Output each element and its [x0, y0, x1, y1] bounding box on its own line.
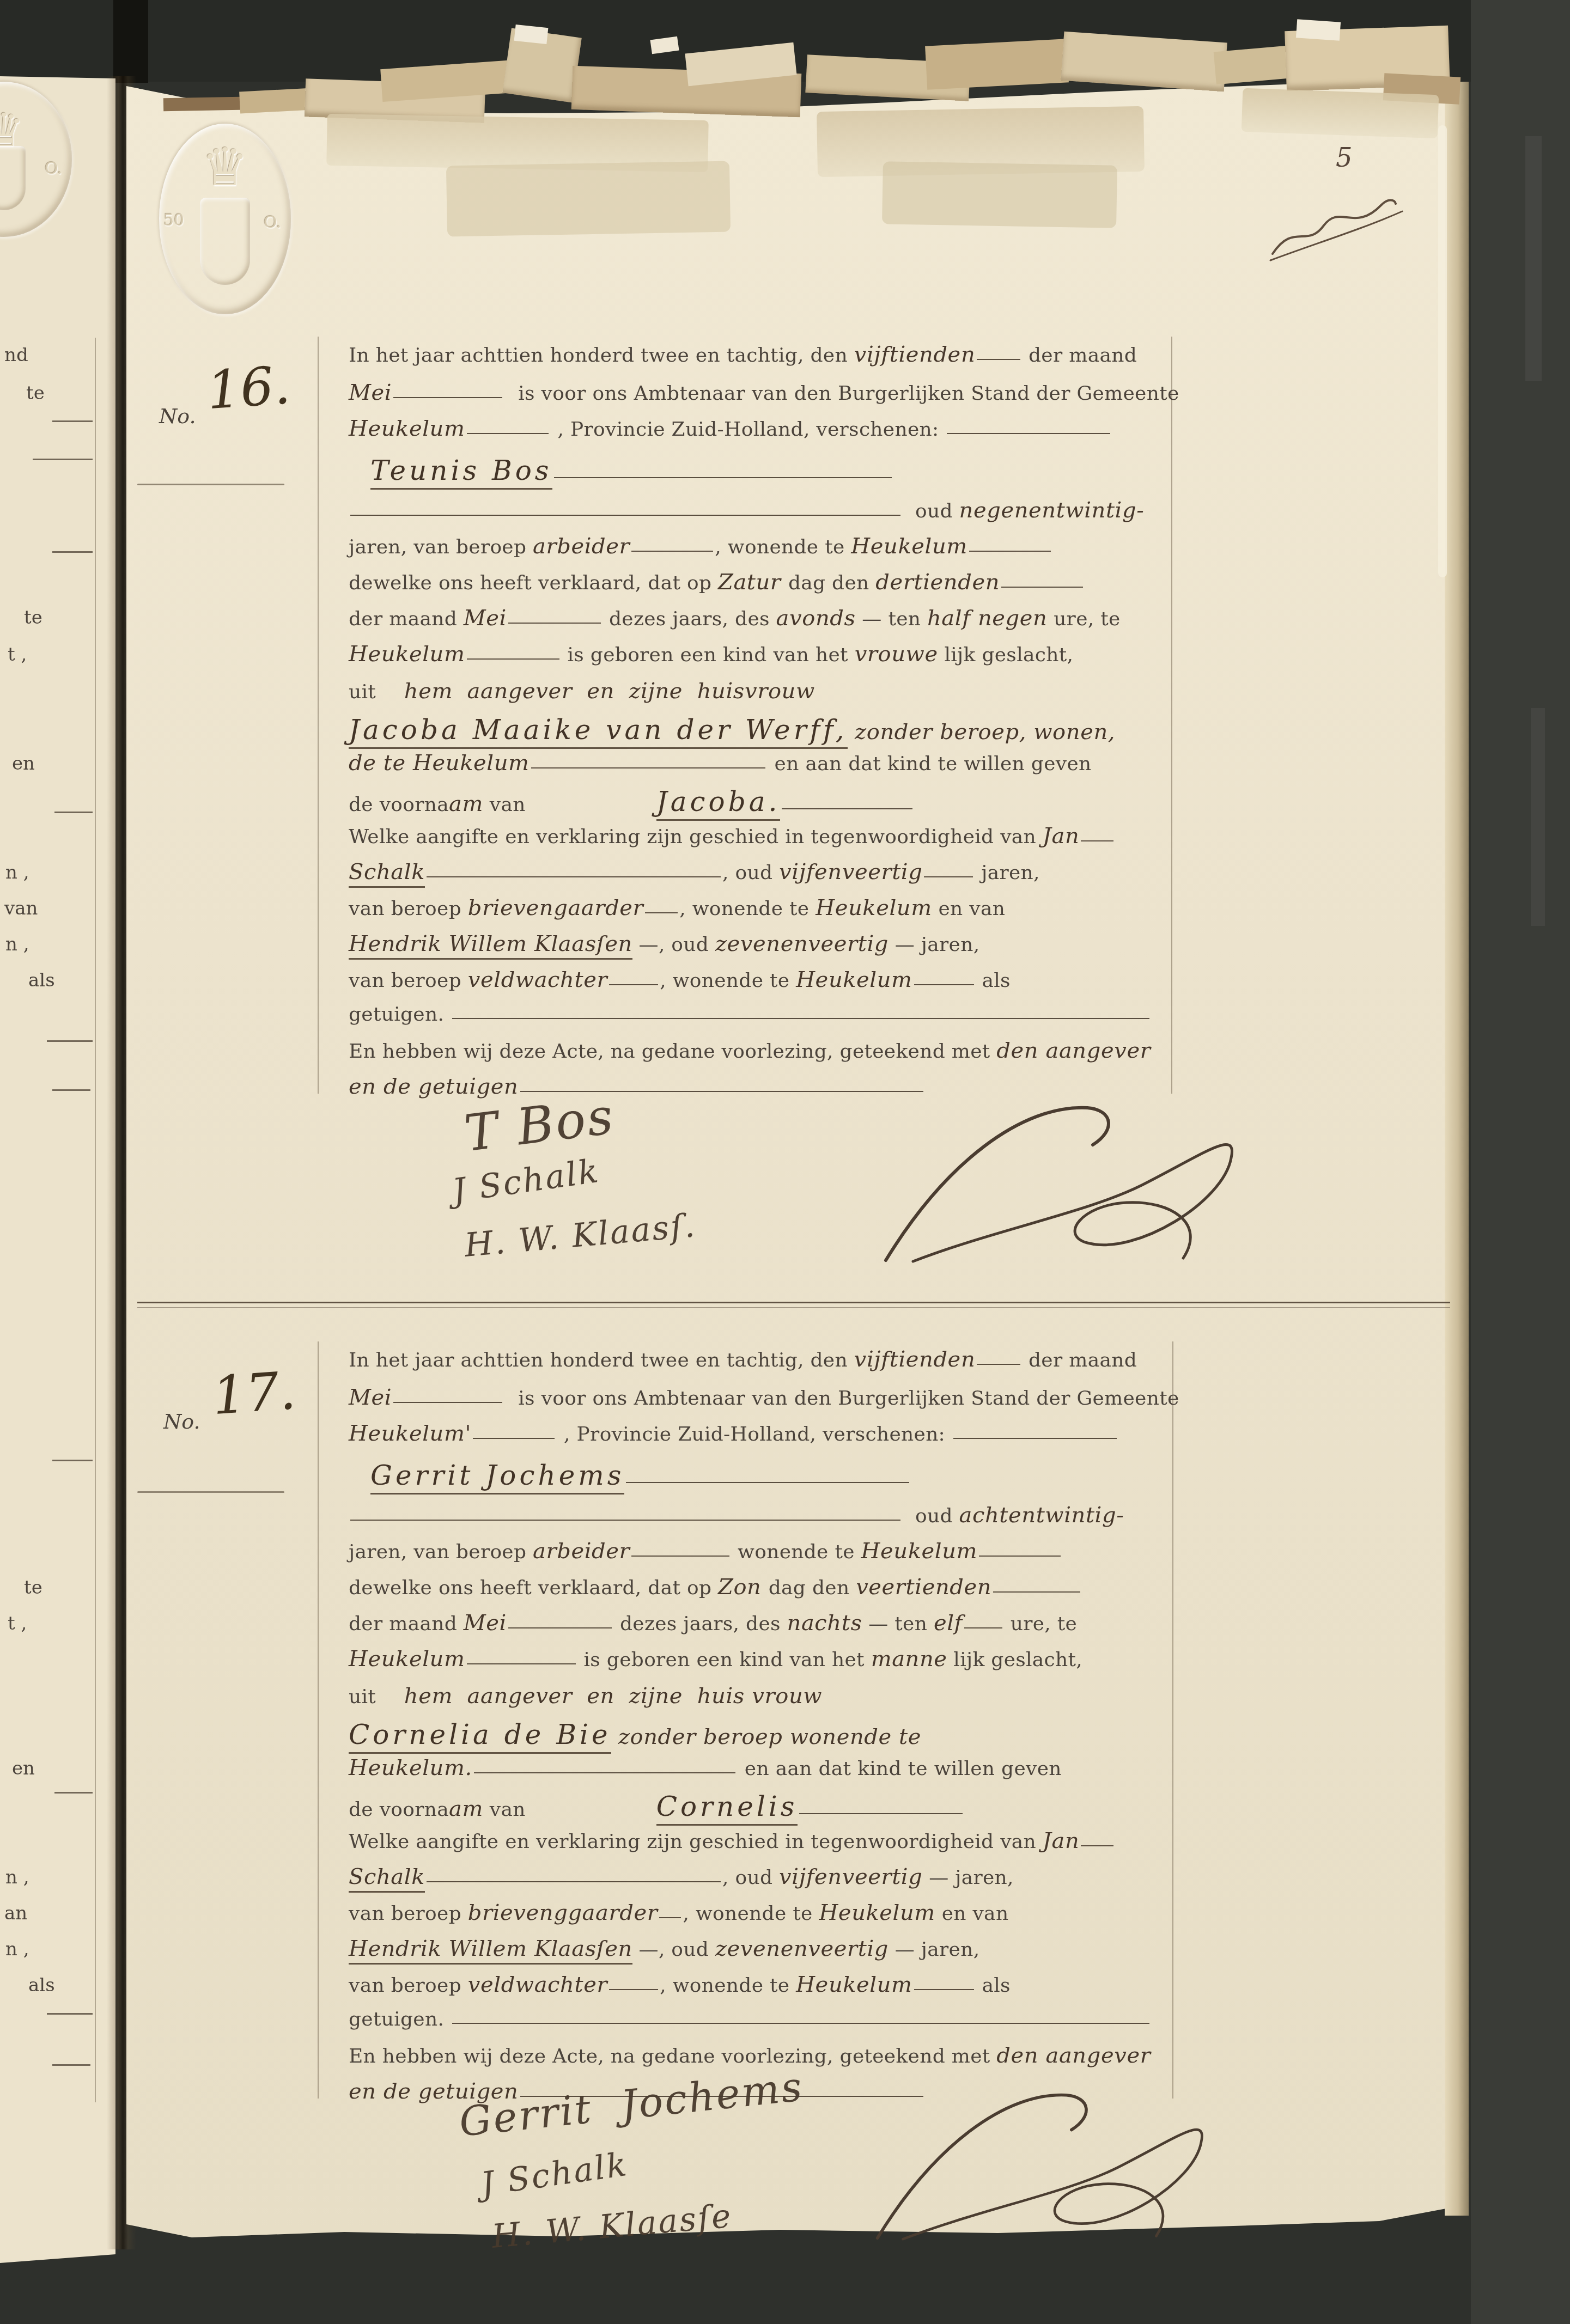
printed-text: , oud	[722, 1866, 779, 1889]
printed-text: der maand	[349, 608, 464, 630]
handwritten-text: Heukelum.	[349, 1755, 472, 1780]
printed-text: , wonende te	[679, 898, 816, 920]
left-page-text-fragment: n ,	[5, 934, 29, 955]
handwritten-text: vijftienden	[854, 1347, 976, 1372]
left-page-text-fragment: n ,	[5, 862, 29, 883]
act16-line-17: Hendrik Willem Klaasſen —, oud zevenenve…	[349, 932, 979, 955]
handwritten-text: veldwachter	[468, 967, 607, 992]
fill-rule	[350, 512, 900, 516]
act16-line-13: de voornaam vanJacoba.	[349, 788, 914, 816]
printed-text: van	[483, 1798, 526, 1821]
fill-rule	[659, 1914, 681, 1918]
handwritten-text: hem aangever en zijne huis vrouw	[404, 1683, 822, 1709]
act16-line-10: uit hem aangever en zijne huisvrouw	[349, 680, 815, 703]
act17-line-14: Welke aangifte en verklaring zijn geschi…	[349, 1829, 1115, 1852]
handwritten-text: Teunis Bos	[370, 455, 552, 490]
seal-denomination: O.	[45, 159, 62, 178]
left-page-text-fragment: an	[4, 1902, 27, 1924]
fill-rule	[393, 394, 502, 398]
handwritten-text: Schalk	[349, 859, 425, 888]
coat-of-arms-shield	[200, 198, 250, 285]
act16-line-12: de te Heukelumen aan dat kind te willen …	[349, 752, 1091, 774]
act17-line-10: uit hem aangever en zijne huis vrouw	[349, 1685, 822, 1707]
printed-text: jaren, van beroep	[349, 1541, 533, 1563]
handwritten-text: zevenenveertig	[715, 931, 889, 956]
coat-of-arms-shield	[0, 146, 26, 210]
handwritten-text: zonder beroep, wonen,	[848, 719, 1115, 745]
printed-text: Welke aangifte en verklaring zijn geschi…	[349, 826, 1043, 848]
fill-rule	[531, 765, 765, 768]
act17-line-19: getuigen.	[349, 2009, 1151, 2030]
printed-text: —, oud	[632, 934, 715, 956]
act16-line-14: Welke aangifte en verklaring zijn geschi…	[349, 825, 1115, 847]
printed-text: En hebben wij deze Acte, na gedane voorl…	[349, 1040, 996, 1063]
handwritten-text: arbeider	[533, 1539, 630, 1564]
act17-line-16: van beroep brievenggaarder, wonende te H…	[349, 1901, 1008, 1924]
fill-rule	[979, 1553, 1061, 1557]
act17-line-2: Meiis voor ons Ambtenaar van den Burgerl…	[349, 1386, 1179, 1409]
printed-text: de voorna	[349, 1798, 449, 1821]
printed-text: , wonende te	[660, 1974, 796, 1997]
fill-rule	[953, 1435, 1117, 1439]
page-fore-edge	[1445, 82, 1469, 2216]
left-page-text-fragment: n ,	[5, 1938, 29, 1960]
act16-line-7: dewelke ons heeft verklaard, dat op Zatu…	[349, 571, 1085, 594]
torn-paper-fragment	[925, 39, 1069, 89]
fill-rule	[1081, 1843, 1113, 1846]
torn-paper-fragment	[1296, 19, 1341, 40]
printed-text: uit	[349, 1686, 382, 1708]
act17-line-6: jaren, van beroep arbeider wonende te He…	[349, 1540, 1062, 1563]
handwritten-text: Heukelum	[349, 1646, 465, 1672]
left-page-text-fragment: van	[4, 898, 38, 919]
handwritten-text: am	[449, 791, 483, 816]
printed-text: dezes jaars, des	[620, 1613, 787, 1635]
handwritten-text: vrouwe	[855, 642, 938, 667]
printed-text: — ten	[856, 608, 927, 630]
handwritten-text: Jacoba.	[656, 786, 781, 821]
act16-line-5: oud negenentwintig-	[349, 499, 1144, 522]
left-page-rule-fragment	[54, 1792, 93, 1794]
handwritten-text: negenentwintig-	[959, 498, 1145, 523]
printed-text: is voor ons Ambtenaar van den Burgerlijk…	[518, 1387, 1179, 1410]
page-edge-highlight	[1438, 125, 1447, 577]
handwritten-text: Heukelum	[796, 967, 912, 992]
printed-text: ure, te	[1004, 1613, 1077, 1635]
printed-text: , wonende te	[715, 536, 851, 558]
fill-rule	[993, 1589, 1080, 1593]
printed-text: der maand	[1022, 344, 1137, 367]
folded-paper-flap	[446, 161, 731, 236]
background-right	[1471, 0, 1570, 2324]
handwritten-text: Mei	[464, 1611, 507, 1636]
right-margin-rule-act17	[1172, 1341, 1173, 2099]
act16-line-8: der maand Meidezes jaars, des avonds — t…	[349, 607, 1121, 630]
printed-text: de voorna	[349, 794, 449, 816]
printed-text: dewelke ons heeft verklaard, dat op	[349, 1577, 718, 1599]
act16-line-21: en de getuigen	[349, 1075, 925, 1098]
printed-text: lijk geslacht,	[947, 1649, 1082, 1671]
printed-text: oud	[915, 1505, 959, 1527]
printed-text: getuigen.	[349, 2008, 451, 2030]
printed-text: — jaren,	[889, 934, 979, 956]
handwritten-text: Heukelum	[861, 1539, 978, 1564]
act17-line-17: Hendrik Willem Klaasſen —, oud zevenenve…	[349, 1937, 979, 1960]
handwritten-text: manne	[871, 1646, 947, 1672]
printed-text: —, oud	[632, 1938, 715, 1961]
gutter-shadow-top	[113, 0, 148, 83]
left-page-text-fragment: als	[28, 969, 55, 991]
fill-rule	[645, 910, 678, 913]
handwritten-text: Mei	[349, 380, 392, 405]
left-margin-rule-act16	[318, 337, 319, 1094]
fill-rule	[977, 356, 1020, 360]
handwritten-text: Heukelum	[851, 534, 967, 559]
printed-text: dag den	[769, 1577, 856, 1599]
printed-text: , wonende te	[683, 1902, 819, 1925]
fill-rule	[508, 1625, 612, 1628]
printed-text: en aan dat kind te willen geven	[745, 1758, 1062, 1780]
embossed-seal-left: ♛ O.	[0, 82, 72, 237]
act17-line-8: der maand Meidezes jaars, des nachts — t…	[349, 1612, 1077, 1634]
left-page-text-fragment: en	[12, 753, 35, 774]
printed-text: In het jaar achttien honderd twee en tac…	[349, 344, 854, 367]
act17-no-label: No.	[163, 1410, 200, 1434]
paraph-mark: paraaf ambtenaar	[1265, 190, 1407, 271]
printed-text: — jaren,	[889, 1938, 979, 1961]
fill-rule	[508, 620, 601, 624]
printed-text: — jaren,	[922, 1866, 1013, 1889]
fill-rule	[914, 981, 974, 985]
act16-line-9: Heukelumis geboren een kind van het vrou…	[349, 643, 1073, 666]
left-page-text-fragment: t ,	[8, 644, 27, 666]
act16-line-19: getuigen.	[349, 1004, 1151, 1025]
act16-line-18: van beroep veldwachter, wonende te Heuke…	[349, 968, 1011, 991]
printed-text: van beroep	[349, 1902, 468, 1925]
handwritten-text: arbeider	[533, 534, 630, 559]
embossed-seal: ♛ 50 O.	[159, 124, 291, 314]
handwritten-text: zevenenveertig	[715, 1936, 889, 1961]
crown-icon: ♛	[202, 137, 248, 198]
scanned-register-page: ♛ O. ndtetet ,enn ,vann ,alstet ,enn ,an…	[0, 0, 1570, 2324]
act17-line-4: Gerrit Jochems	[349, 1461, 911, 1490]
printed-text: van beroep	[349, 1974, 468, 1997]
act17-line-13: de voornaam vanCornelis	[349, 1792, 964, 1821]
fill-rule	[350, 1517, 900, 1521]
act16-line-2: Meiis voor ons Ambtenaar van den Burgerl…	[349, 381, 1179, 404]
handwritten-text: zonder beroep wonende te	[611, 1724, 921, 1749]
printed-text: In het jaar achttien honderd twee en tac…	[349, 1349, 854, 1371]
handwritten-text: veldwachter	[468, 1972, 607, 1997]
fill-rule	[467, 656, 559, 660]
handwritten-text: den aangever	[996, 2043, 1151, 2068]
printed-text: — ten	[862, 1613, 934, 1635]
handwritten-text: de te Heukelum	[349, 751, 530, 776]
fill-rule	[977, 1361, 1020, 1365]
printed-text: dag den	[788, 572, 875, 594]
printed-text: is geboren een kind van het	[568, 644, 855, 666]
fill-rule	[924, 874, 973, 877]
left-page-margin-rule	[95, 338, 96, 2102]
handwritten-text: Jan	[1043, 1828, 1079, 1853]
act16-line-3: Heukelum, Provincie Zuid-Holland, versch…	[349, 417, 1112, 440]
act16-line-16: van beroep brievengaarder, wonende te He…	[349, 896, 1005, 919]
torn-paper-fragment	[514, 25, 549, 44]
printed-text: dezes jaars, des	[609, 608, 776, 630]
handwritten-text: elf	[934, 1611, 963, 1636]
registrar-signature	[853, 1097, 1278, 1271]
handwritten-text: vijftienden	[854, 342, 976, 367]
act17-line-18: van beroep veldwachter, wonende te Heuke…	[349, 1973, 1011, 1996]
printed-text: dewelke ons heeft verklaard, dat op	[349, 572, 718, 594]
act16-number-underline	[137, 484, 284, 485]
fill-rule	[1081, 838, 1113, 841]
handwritten-text: veertienden	[856, 1575, 991, 1600]
fill-rule	[799, 1810, 963, 1814]
left-page-text-fragment: te	[24, 607, 42, 629]
handwritten-text: hem aangever en zijne huisvrouw	[404, 679, 815, 704]
handwritten-text: achtentwintig-	[959, 1503, 1124, 1528]
printed-text: is voor ons Ambtenaar van den Burgerlijk…	[518, 382, 1179, 405]
fill-rule	[609, 981, 658, 985]
act17-number-underline	[137, 1491, 284, 1493]
left-page-text-fragment: n ,	[5, 1866, 29, 1888]
folded-paper-flap	[1242, 88, 1439, 139]
act17-line-7: dewelke ons heeft verklaard, dat op Zon …	[349, 1576, 1082, 1599]
left-page-text-fragment: te	[24, 1577, 42, 1599]
left-page-text-fragment: te	[26, 382, 45, 404]
left-page-text-fragment: en	[12, 1758, 35, 1779]
act16-line-20: En hebben wij deze Acte, na gedane voorl…	[349, 1039, 1151, 1062]
left-page-rule-fragment	[52, 420, 93, 422]
printed-text: , oud	[722, 862, 779, 884]
printed-text: jaren,	[975, 862, 1039, 884]
handwritten-text: Cornelia de Bie	[349, 1719, 611, 1754]
fill-rule	[626, 1479, 909, 1483]
printed-text: als	[976, 1974, 1011, 1997]
act16-line-1: In het jaar achttien honderd twee en tac…	[349, 343, 1137, 366]
handwritten-text: Heukelum	[349, 642, 465, 667]
handwritten-text: brievengaarder	[468, 895, 643, 920]
handwritten-text: dertienden	[875, 570, 1000, 595]
fill-rule	[964, 1625, 1002, 1628]
printed-text: lijk geslacht,	[938, 644, 1073, 666]
printed-text: Welke aangifte en verklaring zijn geschi…	[349, 1831, 1043, 1853]
act16-line-4: Teunis Bos	[349, 456, 893, 485]
act17-line-12: Heukelum.en aan dat kind te willen geven	[349, 1756, 1062, 1779]
left-page-rule-fragment	[52, 1089, 90, 1091]
handwritten-text: Jacoba Maaike van der Werff,	[349, 714, 848, 749]
printed-text: en van	[935, 1902, 1008, 1925]
act17-line-11: Cornelia de Bie zonder beroep wonende te	[349, 1721, 921, 1749]
handwritten-text: nachts	[787, 1611, 862, 1636]
left-page-rule-fragment	[52, 1460, 93, 1461]
printed-text: der maand	[349, 1613, 464, 1635]
printed-text: als	[976, 969, 1011, 992]
handwritten-text: brievenggaarder	[468, 1900, 658, 1925]
act16-line-15: Schalk, oud vijfenveertig jaren,	[349, 861, 1040, 883]
fill-rule	[969, 548, 1051, 552]
handwritten-text: half negen	[927, 606, 1047, 631]
printed-text: van	[483, 794, 526, 816]
act-divider-rule	[137, 1302, 1450, 1308]
left-page-rule-fragment	[52, 2064, 90, 2066]
handwritten-text: Jan	[1043, 824, 1079, 849]
act16-number: 16.	[205, 359, 292, 417]
handwritten-text: Mei	[349, 1385, 392, 1410]
printed-text: ure, te	[1047, 608, 1120, 630]
fill-rule	[427, 874, 721, 877]
fill-rule	[947, 430, 1110, 434]
handwritten-text: Mei	[464, 606, 507, 631]
seal-value-right: O.	[264, 213, 281, 232]
right-margin-rule-act16	[1171, 337, 1172, 1094]
fill-rule	[609, 1986, 658, 1990]
handwritten-text: en de getuigen	[349, 1074, 519, 1099]
printed-text: is geboren een kind van het	[584, 1649, 871, 1671]
fill-rule	[427, 1878, 721, 1882]
fill-rule	[782, 806, 912, 809]
act17-line-3: Heukelum', Provincie Zuid-Holland, versc…	[349, 1422, 1118, 1445]
handwritten-text: Heukelum	[349, 416, 465, 441]
printed-text: en van	[932, 898, 1005, 920]
left-page-rule-fragment	[47, 2013, 93, 2015]
fill-rule	[1001, 584, 1083, 588]
fill-rule	[554, 474, 892, 478]
printed-text: jaren, van beroep	[349, 536, 533, 558]
handwritten-text: Heukelum'	[349, 1421, 471, 1446]
handwritten-text: Gerrit Jochems	[370, 1460, 624, 1495]
handwritten-text: den aangever	[996, 1038, 1151, 1063]
printed-text: En hebben wij deze Acte, na gedane voorl…	[349, 2045, 996, 2067]
handwritten-text: Heukelum	[816, 895, 932, 920]
fill-rule	[467, 430, 549, 434]
printed-text: oud	[915, 500, 959, 522]
fill-rule	[631, 548, 713, 552]
left-page-rule-fragment	[54, 812, 93, 813]
handwritten-text: Heukelum	[819, 1900, 935, 1925]
act17-line-20: En hebben wij deze Acte, na gedane voorl…	[349, 2044, 1151, 2067]
printed-text: getuigen.	[349, 1003, 451, 1026]
printed-text: van beroep	[349, 969, 468, 992]
fill-rule	[631, 1553, 729, 1557]
left-page-rule-fragment	[47, 1040, 93, 1042]
handwritten-text: vijfenveertig	[779, 859, 922, 885]
act17-number: 17.	[211, 1364, 297, 1422]
left-page-text-fragment: t ,	[8, 1613, 27, 1634]
fill-rule	[473, 1435, 555, 1439]
handwritten-text: Zatur	[718, 570, 788, 595]
act16-line-11: Jacoba Maaike van der Werff, zonder bero…	[349, 716, 1115, 745]
binding-mark	[1531, 708, 1545, 926]
page-number: 5	[1336, 143, 1353, 173]
printed-text: wonende te	[731, 1541, 861, 1563]
binding-mark	[1525, 136, 1542, 381]
act16-line-6: jaren, van beroep arbeider, wonende te H…	[349, 535, 1052, 558]
registrar-signature	[839, 2085, 1253, 2248]
left-page-text-fragment: als	[28, 1974, 55, 1996]
printed-text: , wonende te	[660, 969, 796, 992]
handwritten-text: Cornelis	[656, 1791, 798, 1826]
act17-line-5: oud achtentwintig-	[349, 1504, 1124, 1527]
printed-text: en aan dat kind te willen geven	[775, 753, 1092, 775]
left-margin-rule-act17	[318, 1341, 319, 2099]
fill-rule	[452, 2020, 1149, 2024]
left-page-rule-fragment	[52, 551, 93, 553]
fill-rule	[474, 1770, 735, 1773]
fill-rule	[914, 1986, 974, 1990]
seal-value-left: 50	[163, 211, 184, 230]
act17-line-9: Heukelumis geboren een kind van het mann…	[349, 1648, 1082, 1670]
fill-rule	[452, 1015, 1149, 1019]
handwritten-text: Schalk	[349, 1864, 425, 1893]
handwritten-text: am	[449, 1796, 483, 1821]
handwritten-text: avonds	[776, 606, 856, 631]
printed-text: , Provincie Zuid-Holland, verschenen:	[564, 1423, 952, 1445]
printed-text: van beroep	[349, 898, 468, 920]
act17-line-1: In het jaar achttien honderd twee en tac…	[349, 1348, 1137, 1371]
handwritten-text: Hendrik Willem Klaasſen	[349, 1936, 632, 1965]
act16-no-label: No.	[159, 404, 196, 428]
printed-text: , Provincie Zuid-Holland, verschenen:	[558, 418, 946, 441]
handwritten-text: Heukelum	[796, 1972, 912, 1997]
handwritten-text: vijfenveertig	[779, 1864, 922, 1889]
printed-text: uit	[349, 681, 382, 703]
folded-paper-flap	[882, 161, 1117, 228]
handwritten-text: Zon	[718, 1575, 769, 1600]
left-page-text-fragment: nd	[4, 344, 28, 366]
left-page: ♛ O. ndtetet ,enn ,vann ,alstet ,enn ,an…	[0, 76, 115, 2263]
fill-rule	[467, 1661, 576, 1664]
fill-rule	[393, 1399, 502, 1403]
act17-line-15: Schalk, oud vijfenveertig — jaren,	[349, 1865, 1014, 1888]
handwritten-text: Hendrik Willem Klaasſen	[349, 931, 632, 960]
printed-text: der maand	[1022, 1349, 1137, 1371]
left-page-rule-fragment	[33, 459, 93, 460]
